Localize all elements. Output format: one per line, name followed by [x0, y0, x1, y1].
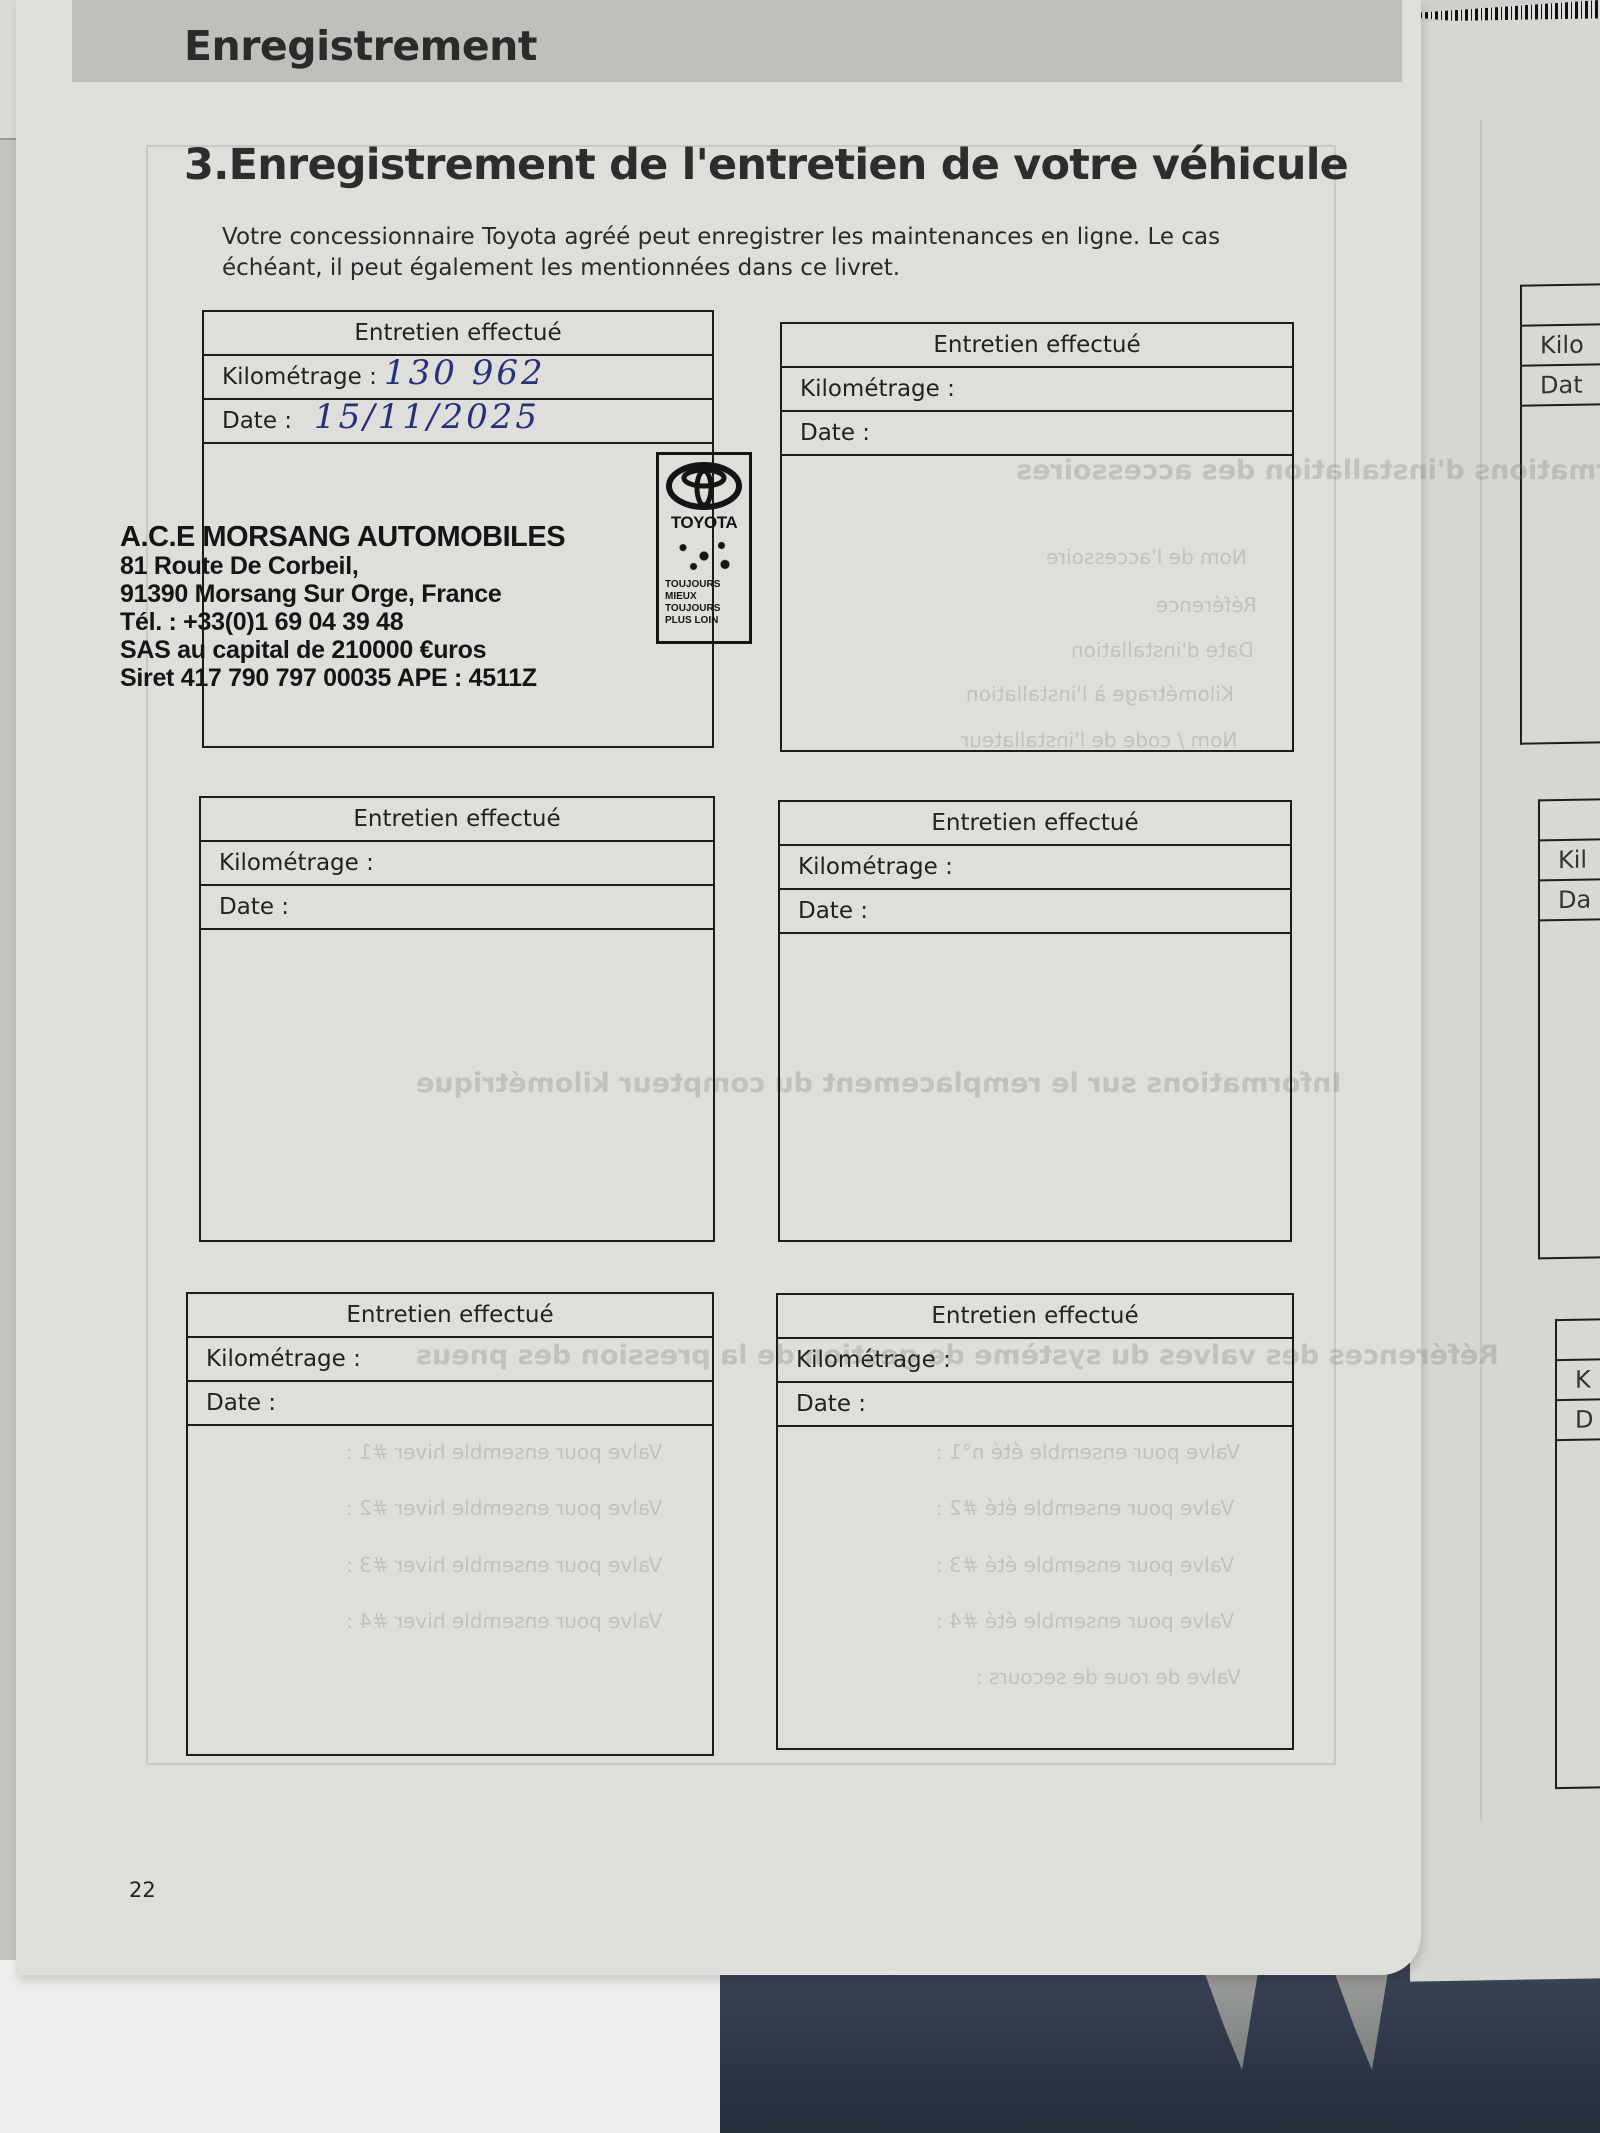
date-label: Date : — [798, 898, 868, 924]
intro-line: échéant, il peut également les mentionné… — [222, 253, 1322, 284]
mileage-field[interactable]: Kilométrage : — [201, 842, 713, 886]
mileage-label: Kilométrage : — [800, 376, 955, 402]
next-page-date-label: D — [1557, 1398, 1600, 1441]
date-label: Date : — [206, 1390, 276, 1416]
mileage-field[interactable]: Kilométrage : — [780, 846, 1290, 890]
slogan-line: TOUJOURS — [665, 603, 749, 615]
dealer-stamp: A.C.E MORSANG AUTOMOBILES 81 Route De Co… — [120, 522, 640, 692]
record-title: Entretien effectué — [782, 324, 1292, 368]
maintenance-record-3: Entretien effectué Kilométrage : Date : — [199, 796, 715, 1242]
date-field[interactable]: Date : — [778, 1383, 1292, 1427]
mileage-label: Kilométrage : — [206, 1346, 361, 1372]
date-label: Date : — [800, 420, 870, 446]
stamp-ink-blot — [669, 535, 739, 577]
mileage-label: Kilométrage : — [798, 854, 953, 880]
toyota-stamp: TOYOTA TOUJOURS MIEUX TOUJOURS PLUS LOIN — [656, 452, 752, 644]
toyota-emblem-icon — [665, 461, 743, 511]
mileage-label: Kilométrage : — [219, 850, 374, 876]
record-title: Entretien effectué — [204, 312, 712, 356]
mileage-field[interactable]: Kilométrage : — [782, 368, 1292, 412]
next-page: Kilo Dat Kil Da K D — [1410, 18, 1600, 1981]
dealer-phone: Tél. : +33(0)1 69 04 39 48 — [120, 608, 640, 636]
dealer-capital: SAS au capital de 210000 €uros — [120, 636, 640, 664]
maintenance-record-2: Entretien effectué Kilométrage : Date : — [780, 322, 1294, 752]
next-page-date-label: Da — [1540, 879, 1600, 922]
dealer-address-line: 91390 Morsang Sur Orge, France — [120, 580, 640, 608]
next-page-date-label: Dat — [1522, 364, 1600, 407]
date-field[interactable]: Date : 15/11/2025 — [204, 400, 712, 444]
next-page-km-label: K — [1557, 1358, 1600, 1401]
page-number: 22 — [129, 1878, 156, 1902]
next-page-record-box: K D — [1555, 1316, 1600, 1789]
next-page-record-box: Kilo Dat — [1520, 282, 1600, 745]
date-value: 15/11/2025 — [314, 396, 540, 438]
mileage-field[interactable]: Kilométrage : — [188, 1338, 712, 1382]
maintenance-record-4: Entretien effectué Kilométrage : Date : — [778, 800, 1292, 1242]
record-title: Entretien effectué — [188, 1294, 712, 1338]
slogan-line: PLUS LOIN — [665, 615, 749, 627]
record-title: Entretien effectué — [778, 1295, 1292, 1339]
toyota-brand-text: TOYOTA — [659, 513, 749, 533]
record-title: Entretien effectué — [780, 802, 1290, 846]
background-fabric — [720, 1960, 1600, 2133]
mileage-field[interactable]: Kilométrage : 130 962 — [204, 356, 712, 400]
mileage-label: Kilométrage : — [222, 364, 377, 390]
date-field[interactable]: Date : — [201, 886, 713, 930]
booklet-page: Enregistrement Informations d'installati… — [16, 0, 1421, 1975]
date-label: Date : — [222, 408, 292, 434]
next-page-km-label: Kil — [1540, 839, 1600, 882]
toyota-slogan: TOUJOURS MIEUX TOUJOURS PLUS LOIN — [659, 579, 749, 627]
next-page-km-label: Kilo — [1522, 324, 1600, 367]
date-field[interactable]: Date : — [188, 1382, 712, 1426]
next-page-record-box: Kil Da — [1538, 797, 1600, 1260]
mileage-value: 130 962 — [384, 352, 546, 394]
intro-line: Votre concessionnaire Toyota agréé peut … — [222, 222, 1322, 253]
date-field[interactable]: Date : — [780, 890, 1290, 934]
date-label: Date : — [796, 1391, 866, 1417]
date-field[interactable]: Date : — [782, 412, 1292, 456]
mileage-field[interactable]: Kilométrage : — [778, 1339, 1292, 1383]
intro-paragraph: Votre concessionnaire Toyota agréé peut … — [222, 222, 1322, 284]
maintenance-record-6: Entretien effectué Kilométrage : Date : — [776, 1293, 1294, 1750]
record-title: Entretien effectué — [201, 798, 713, 842]
maintenance-record-5: Entretien effectué Kilométrage : Date : — [186, 1292, 714, 1756]
dealer-address-line: 81 Route De Corbeil, — [120, 552, 640, 580]
mileage-label: Kilométrage : — [796, 1347, 951, 1373]
slogan-line: MIEUX — [665, 591, 749, 603]
page-title: 3.Enregistrement de l'entretien de votre… — [184, 140, 1348, 190]
date-label: Date : — [219, 894, 289, 920]
slogan-line: TOUJOURS — [665, 579, 749, 591]
section-tab-title: Enregistrement — [184, 22, 537, 70]
dealer-siret: Siret 417 790 797 00035 APE : 4511Z — [120, 664, 640, 692]
background-paper — [0, 1960, 740, 2133]
dealer-name: A.C.E MORSANG AUTOMOBILES — [120, 522, 640, 552]
